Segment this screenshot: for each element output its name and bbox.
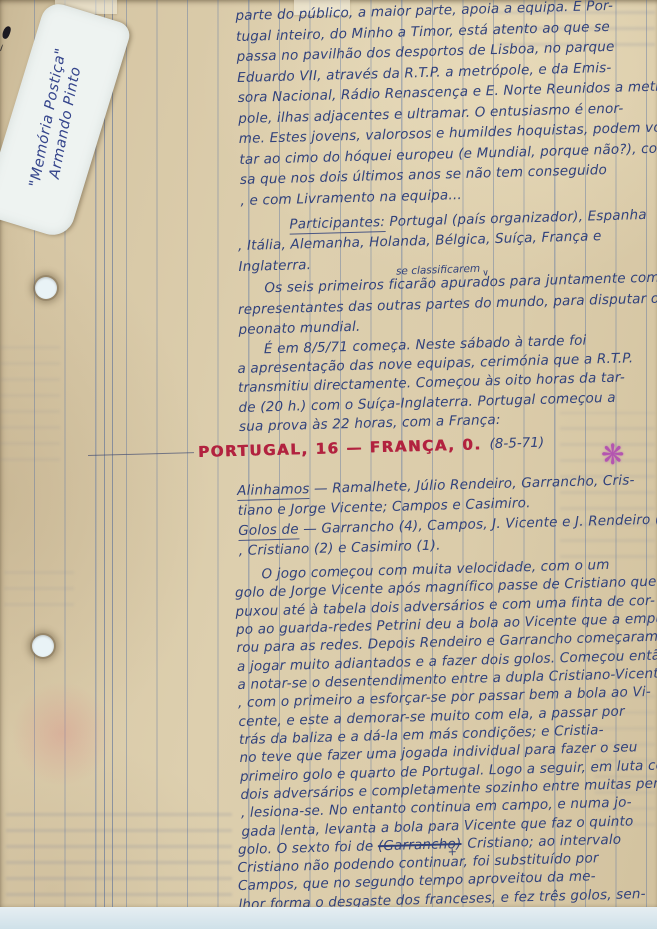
- paragraph-intro: parte do público, a maior parte, apoia a…: [235, 0, 657, 211]
- scan-background-edge: [0, 907, 657, 929]
- heading-rule: [88, 452, 194, 456]
- paragraph-match-report-end: Cristiano não podendo continuar, foi sub…: [237, 848, 657, 914]
- ink-bleedthrough: [4, 560, 74, 610]
- paragraph-match-report: O jogo começou com muita velocidade, com…: [234, 555, 657, 841]
- paragraph-qualification: Os seis primeiros ficarão apurados para …: [237, 268, 657, 341]
- indent: [238, 229, 290, 230]
- match-score-title: PORTUGAL, 16 — FRANÇA, 0.: [198, 435, 482, 461]
- paragraph-schedule: É em 8/5/71 começa. Neste sábado à tarde…: [237, 330, 657, 437]
- paragraph-lineup-goals: Alinhamos — Ramalhete, Júlio Rendeiro, G…: [237, 470, 657, 561]
- goals-label: Golos de: [238, 521, 299, 541]
- hole-punch: [35, 277, 57, 299]
- flower-asterisk-icon: ❋: [601, 438, 624, 471]
- ink-bleedthrough: [6, 800, 232, 900]
- hole-punch: [32, 635, 54, 657]
- pink-ink-stain: [12, 682, 112, 786]
- ink-bleedthrough: [0, 335, 60, 465]
- lineup-label: Alinhamos: [237, 481, 310, 501]
- match-date: (8-5-71): [489, 435, 544, 452]
